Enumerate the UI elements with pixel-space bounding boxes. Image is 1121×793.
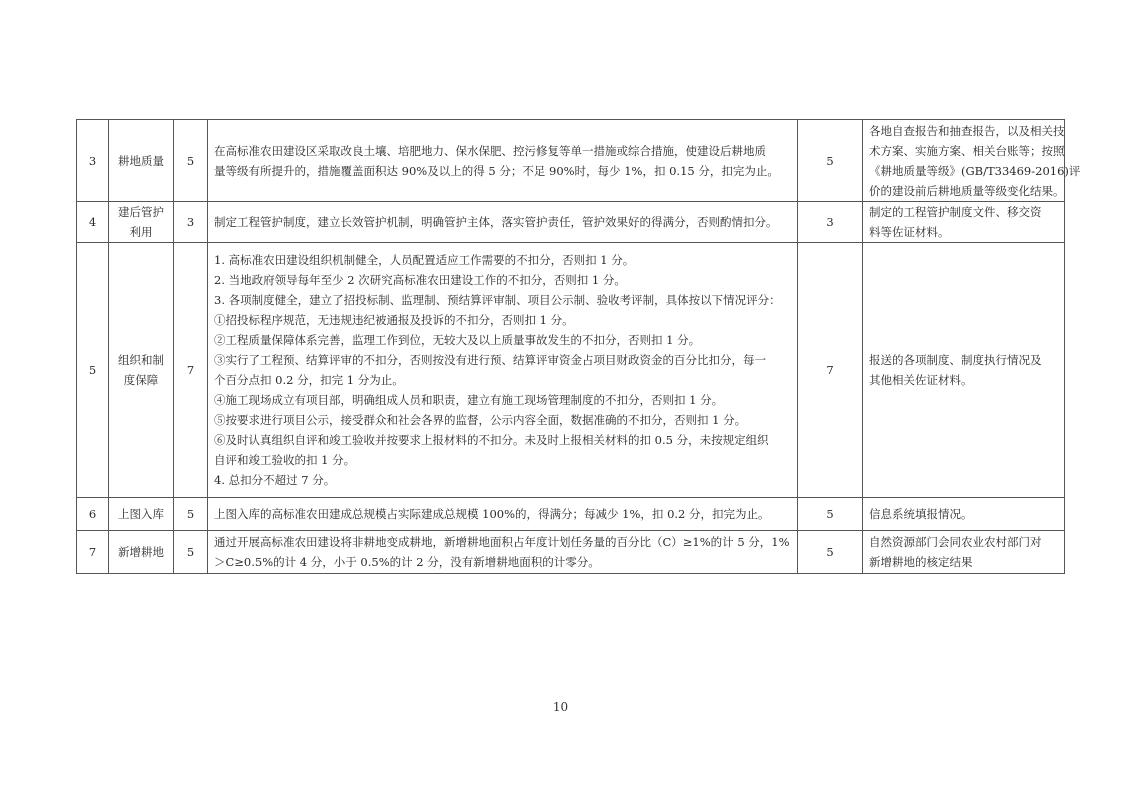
evidence: 制定的工程管护制度文件、移交资 料等佐证材料。 (863, 202, 1065, 243)
table-row: 7 新增耕地 5 通过开展高标准农田建设将非耕地变成耕地，新增耕地面积占年度计划… (77, 531, 1065, 574)
score: 5 (798, 531, 863, 574)
evidence-line: 其他相关佐证材料。 (869, 370, 1058, 390)
indicator-name: 新增耕地 (109, 531, 174, 574)
evidence-line: 料等佐证材料。 (869, 222, 1058, 242)
indicator-name: 上图入库 (109, 498, 174, 531)
criteria-line: ＞C≥0.5%的计 4 分，小于 0.5%的计 2 分，没有新增耕地面积的计零分… (214, 552, 791, 572)
evidence: 报送的各项制度、制度执行情况及 其他相关佐证材料。 (863, 243, 1065, 498)
scoring-criteria: 1. 高标准农田建设组织机制健全，人员配置适应工作需要的不扣分，否则扣 1 分。… (208, 243, 798, 498)
row-number: 4 (77, 202, 109, 243)
indicator-name: 组织和制度保障 (109, 243, 174, 498)
row-number: 5 (77, 243, 109, 498)
evidence: 信息系统填报情况。 (863, 498, 1065, 531)
evidence-line: 报送的各项制度、制度执行情况及 (869, 350, 1058, 370)
evidence-line: 术方案、实施方案、相关台账等；按照 (869, 141, 1058, 161)
score: 5 (798, 498, 863, 531)
evidence: 自然资源部门会同农业农村部门对 新增耕地的核定结果 (863, 531, 1065, 574)
score: 3 (798, 202, 863, 243)
evaluation-table: 3 耕地质量 5 在高标准农田建设区采取改良土壤、培肥地力、保水保肥、控污修复等… (76, 119, 1065, 574)
evidence-line: 制定的工程管护制度文件、移交资 (869, 202, 1058, 222)
criteria-line: ①招投标程序规范，无违规违纪被通报及投诉的不扣分，否则扣 1 分。 (214, 310, 791, 330)
criteria-line: ⑤按要求进行项目公示，接受群众和社会各界的监督，公示内容全面，数据准确的不扣分，… (214, 410, 791, 430)
scoring-criteria: 上图入库的高标准农田建成总规模占实际建成总规模 100%的，得满分；每减少 1%… (208, 498, 798, 531)
row-number: 3 (77, 120, 109, 202)
criteria-line: 4. 总扣分不超过 7 分。 (214, 470, 791, 490)
criteria-line: 上图入库的高标准农田建成总规模占实际建成总规模 100%的，得满分；每减少 1%… (214, 504, 791, 524)
criteria-line: 个百分点扣 0.2 分，扣完 1 分为止。 (214, 370, 791, 390)
criteria-line: ⑥及时认真组织自评和竣工验收并按要求上报材料的不扣分。未及时上报相关材料的扣 0… (214, 430, 791, 450)
indicator-name: 耕地质量 (109, 120, 174, 202)
criteria-line: ②工程质量保障体系完善，监理工作到位，无较大及以上质量事故发生的不扣分，否则扣 … (214, 330, 791, 350)
table-row: 5 组织和制度保障 7 1. 高标准农田建设组织机制健全，人员配置适应工作需要的… (77, 243, 1065, 498)
page-number: 10 (0, 700, 1121, 714)
criteria-line: 通过开展高标准农田建设将非耕地变成耕地，新增耕地面积占年度计划任务量的百分比（C… (214, 532, 791, 552)
indicator-points: 5 (174, 531, 208, 574)
table-row: 3 耕地质量 5 在高标准农田建设区采取改良土壤、培肥地力、保水保肥、控污修复等… (77, 120, 1065, 202)
row-number: 6 (77, 498, 109, 531)
criteria-line: 1. 高标准农田建设组织机制健全，人员配置适应工作需要的不扣分，否则扣 1 分。 (214, 250, 791, 270)
score: 7 (798, 243, 863, 498)
table-row: 4 建后管护利用 3 制定工程管护制度，建立长效管护机制，明确管护主体，落实管护… (77, 202, 1065, 243)
criteria-line: ④施工现场成立有项目部，明确组成人员和职责，建立有施工现场管理制度的不扣分，否则… (214, 390, 791, 410)
criteria-line: ③实行了工程预、结算评审的不扣分，否则按没有进行预、结算评审资金占项目财政资金的… (214, 350, 791, 370)
row-number: 7 (77, 531, 109, 574)
scoring-criteria: 制定工程管护制度，建立长效管护机制，明确管护主体，落实管护责任，管护效果好的得满… (208, 202, 798, 243)
table-row: 6 上图入库 5 上图入库的高标准农田建成总规模占实际建成总规模 100%的，得… (77, 498, 1065, 531)
criteria-line: 2. 当地政府领导每年至少 2 次研究高标准农田建设工作的不扣分，否则扣 1 分… (214, 270, 791, 290)
evidence-line: 信息系统填报情况。 (869, 504, 1058, 524)
criteria-line: 在高标准农田建设区采取改良土壤、培肥地力、保水保肥、控污修复等单一措施或综合措施… (214, 141, 791, 161)
document-page: 3 耕地质量 5 在高标准农田建设区采取改良土壤、培肥地力、保水保肥、控污修复等… (0, 0, 1121, 793)
indicator-points: 5 (174, 498, 208, 531)
evidence-line: 各地自查报告和抽查报告，以及相关技 (869, 121, 1058, 141)
criteria-line: 制定工程管护制度，建立长效管护机制，明确管护主体，落实管护责任，管护效果好的得满… (214, 212, 791, 232)
criteria-line: 3. 各项制度健全，建立了招投标制、监理制、预结算评审制、项目公示制、验收考评制… (214, 290, 791, 310)
indicator-points: 3 (174, 202, 208, 243)
criteria-line: 量等级有所提升的，措施覆盖面积达 90%及以上的得 5 分；不足 90%时，每少… (214, 161, 791, 181)
scoring-criteria: 通过开展高标准农田建设将非耕地变成耕地，新增耕地面积占年度计划任务量的百分比（C… (208, 531, 798, 574)
evidence-line: 自然资源部门会同农业农村部门对 (869, 532, 1058, 552)
indicator-name: 建后管护利用 (109, 202, 174, 243)
evidence-line: 《耕地质量等级》(GB/T33469-2016)评 (869, 161, 1058, 181)
evidence-line: 价的建设前后耕地质量等级变化结果。 (869, 181, 1058, 201)
criteria-line: 自评和竣工验收的扣 1 分。 (214, 450, 791, 470)
evidence: 各地自查报告和抽查报告，以及相关技 术方案、实施方案、相关台账等；按照 《耕地质… (863, 120, 1065, 202)
evidence-line: 新增耕地的核定结果 (869, 552, 1058, 572)
indicator-points: 5 (174, 120, 208, 202)
score: 5 (798, 120, 863, 202)
indicator-points: 7 (174, 243, 208, 498)
scoring-criteria: 在高标准农田建设区采取改良土壤、培肥地力、保水保肥、控污修复等单一措施或综合措施… (208, 120, 798, 202)
